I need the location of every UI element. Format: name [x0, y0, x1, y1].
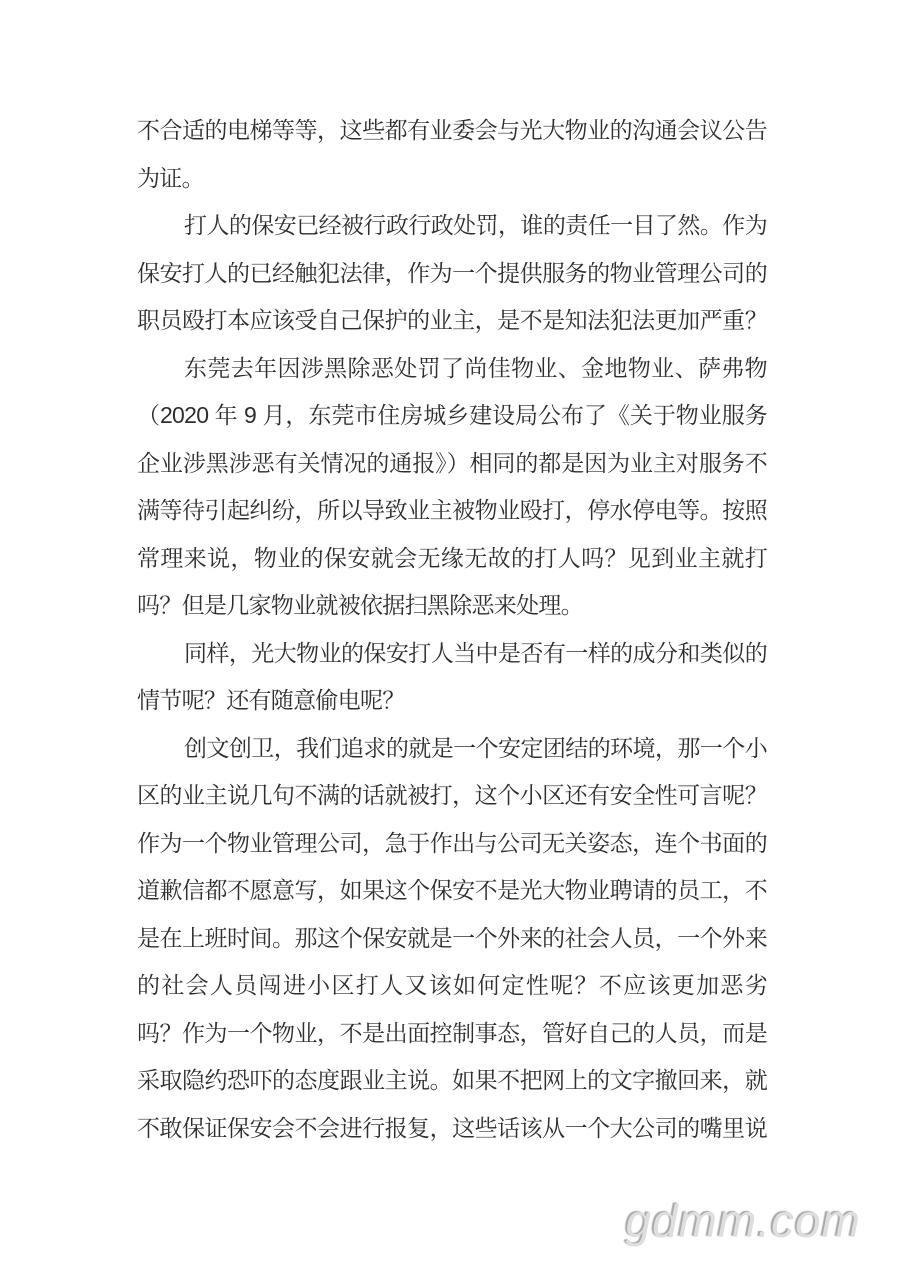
text-line: 东莞去年因涉黑除恶处罚了尚佳物业、金地物业、萨弗物业， — [137, 345, 767, 393]
text-line: 满等待引起纠纷，所以导致业主被物业殴打，停水停电等。按照 — [137, 487, 767, 535]
text-line: 同样，光大物业的保安打人当中是否有一样的成分和类似的 — [137, 630, 767, 678]
text-line: 是在上班时间。那这个保安就是一个外来的社会人员，一个外来 — [137, 915, 767, 963]
text-line: （2020 年 9 月，东莞市住房城乡建设局公布了《关于物业服务 — [137, 392, 767, 440]
paragraph: 创文创卫，我们追求的就是一个安定团结的环境，那一个小区的业主说几句不满的话就被打… — [137, 725, 767, 1153]
text-line: 保安打人的已经触犯法律，作为一个提供服务的物业管理公司的 — [137, 250, 767, 298]
text-line: 不敢保证保安会不会进行报复，这些话该从一个大公司的嘴里说 — [137, 1105, 767, 1153]
text-line: 不合适的电梯等等，这些都有业委会与光大物业的沟通会议公告 — [137, 107, 767, 155]
text-block: 不合适的电梯等等，这些都有业委会与光大物业的沟通会议公告为证。打人的保安已经被行… — [137, 107, 767, 1152]
paragraph: 同样，光大物业的保安打人当中是否有一样的成分和类似的情节呢？还有随意偷电呢？ — [137, 630, 767, 725]
watermark: gdmm.com — [626, 1194, 861, 1248]
text-line: 常理来说，物业的保安就会无缘无故的打人吗？见到业主就打 — [137, 535, 767, 583]
text-line: 吗？作为一个物业，不是出面控制事态，管好自己的人员，而是 — [137, 1010, 767, 1058]
text-line: 区的业主说几句不满的话就被打，这个小区还有安全性可言呢？ — [137, 772, 767, 820]
text-line: 吗？但是几家物业就被依据扫黑除恶来处理。 — [137, 582, 767, 630]
text-line: 情节呢？还有随意偷电呢？ — [137, 677, 767, 725]
text-line: 打人的保安已经被行政行政处罚，谁的责任一目了然。作为 — [137, 202, 767, 250]
paragraph: 东莞去年因涉黑除恶处罚了尚佳物业、金地物业、萨弗物业，（2020 年 9 月，东… — [137, 345, 767, 630]
document-page: 不合适的电梯等等，这些都有业委会与光大物业的沟通会议公告为证。打人的保安已经被行… — [0, 0, 905, 1280]
text-line: 企业涉黑涉恶有关情况的通报》）相同的都是因为业主对服务不 — [137, 440, 767, 488]
text-line: 采取隐约恐吓的态度跟业主说。如果不把网上的文字撤回来，就 — [137, 1057, 767, 1105]
paragraph: 不合适的电梯等等，这些都有业委会与光大物业的沟通会议公告为证。 — [137, 107, 767, 202]
text-line: 道歉信都不愿意写，如果这个保安不是光大物业聘请的员工，不 — [137, 867, 767, 915]
text-line: 作为一个物业管理公司，急于作出与公司无关姿态，连个书面的 — [137, 820, 767, 868]
text-line: 的社会人员闯进小区打人又该如何定性呢？不应该更加恶劣 — [137, 962, 767, 1010]
paragraph: 打人的保安已经被行政行政处罚，谁的责任一目了然。作为保安打人的已经触犯法律，作为… — [137, 202, 767, 345]
text-line: 职员殴打本应该受自己保护的业主，是不是知法犯法更加严重？ — [137, 297, 767, 345]
text-line: 创文创卫，我们追求的就是一个安定团结的环境，那一个小 — [137, 725, 767, 773]
text-line: 为证。 — [137, 155, 767, 203]
